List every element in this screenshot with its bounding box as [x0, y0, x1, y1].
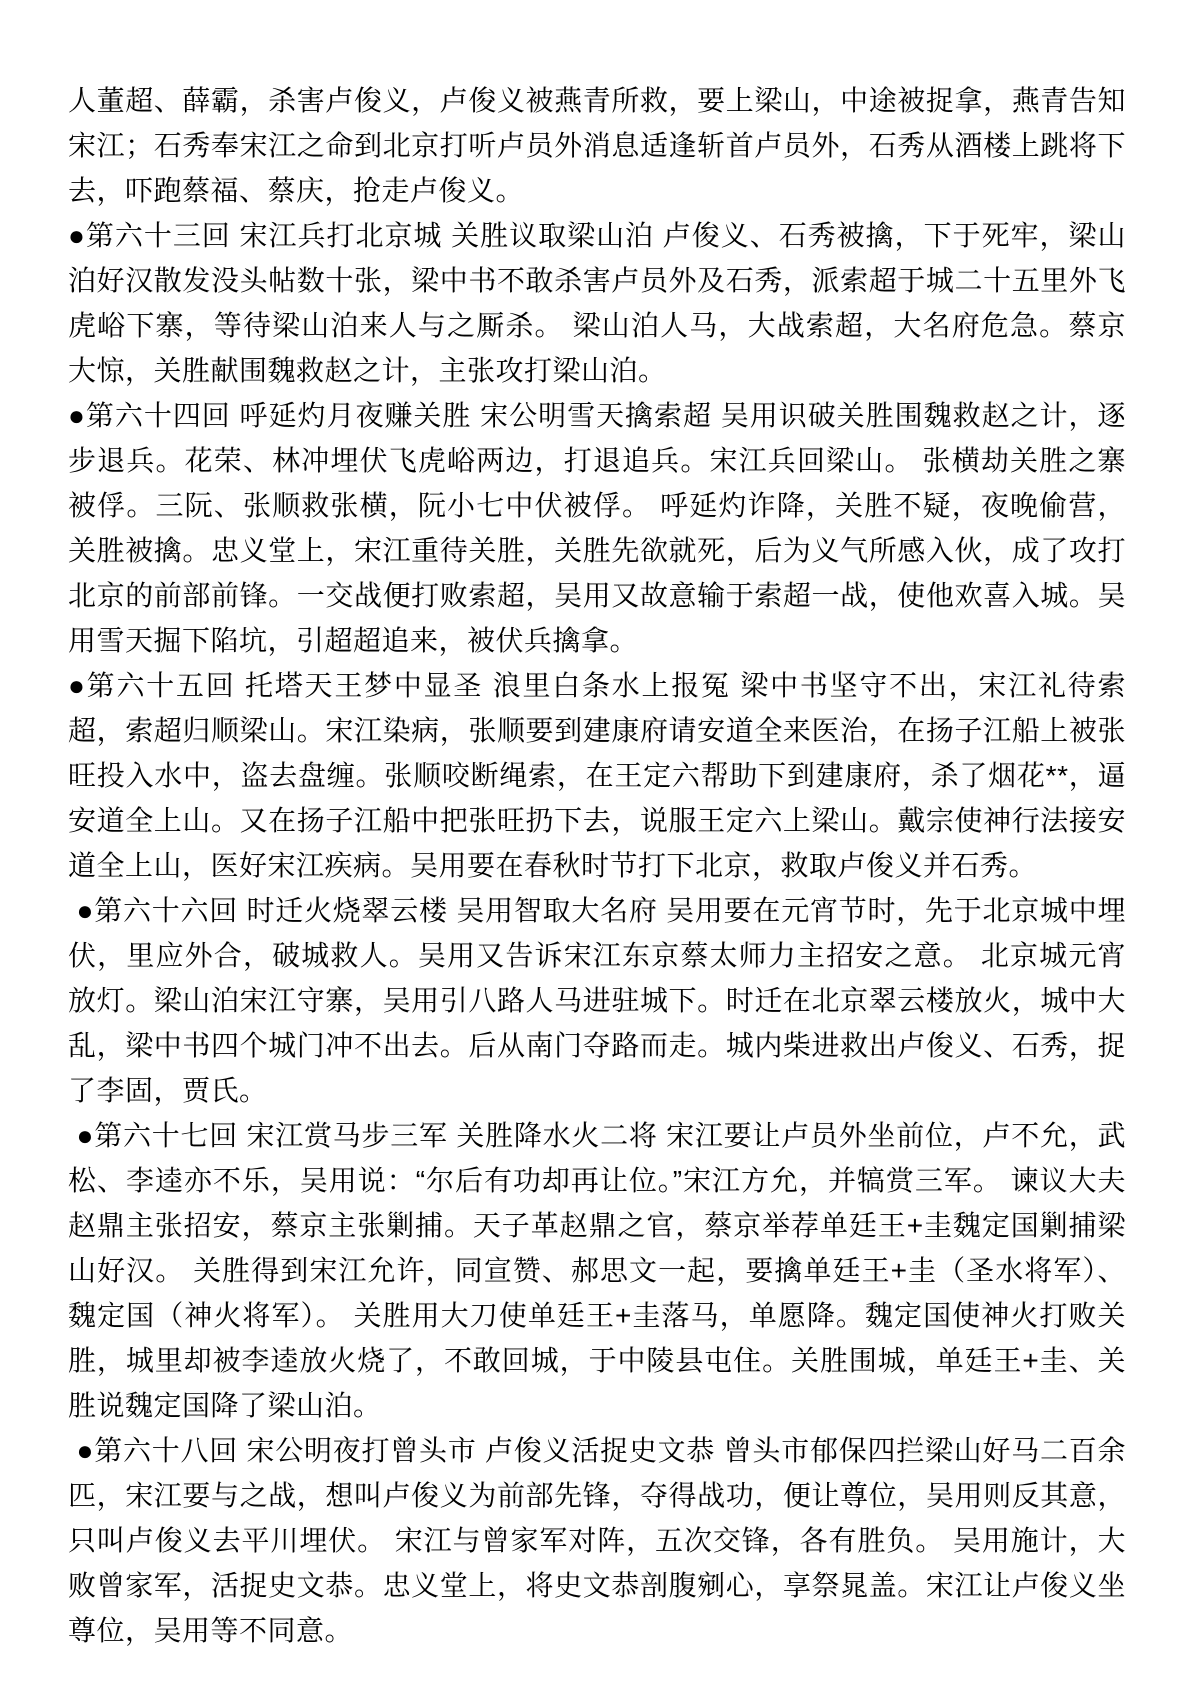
paragraph-continuation: 人董超、薛霸，杀害卢俊义，卢俊义被燕青所救，要上梁山，中途被捉拿，燕青告知宋江；… [68, 78, 1126, 213]
document-page: 人董超、薛霸，杀害卢俊义，卢俊义被燕青所救，要上梁山，中途被捉拿，燕青告知宋江；… [0, 0, 1191, 1684]
paragraph-chapter-67: ●第六十七回 宋江赏马步三军 关胜降水火二将 宋江要让卢员外坐前位，卢不允，武松… [68, 1113, 1126, 1428]
paragraph-chapter-65: ●第六十五回 托塔天王梦中显圣 浪里白条水上报冤 梁中书坚守不出，宋江礼待索超，… [68, 663, 1126, 888]
paragraph-chapter-63: ●第六十三回 宋江兵打北京城 关胜议取梁山泊 卢俊义、石秀被擒，下于死牢，梁山泊… [68, 213, 1126, 393]
document-body: 人董超、薛霸，杀害卢俊义，卢俊义被燕青所救，要上梁山，中途被捉拿，燕青告知宋江；… [68, 78, 1126, 1653]
paragraph-chapter-66: ●第六十六回 时迁火烧翠云楼 吴用智取大名府 吴用要在元宵节时，先于北京城中埋伏… [68, 888, 1126, 1113]
paragraph-chapter-64: ●第六十四回 呼延灼月夜赚关胜 宋公明雪天擒索超 吴用识破关胜围魏救赵之计，逐步… [68, 393, 1126, 663]
paragraph-chapter-68: ●第六十八回 宋公明夜打曾头市 卢俊义活捉史文恭 曾头市郁保四拦梁山好马二百余匹… [68, 1428, 1126, 1653]
